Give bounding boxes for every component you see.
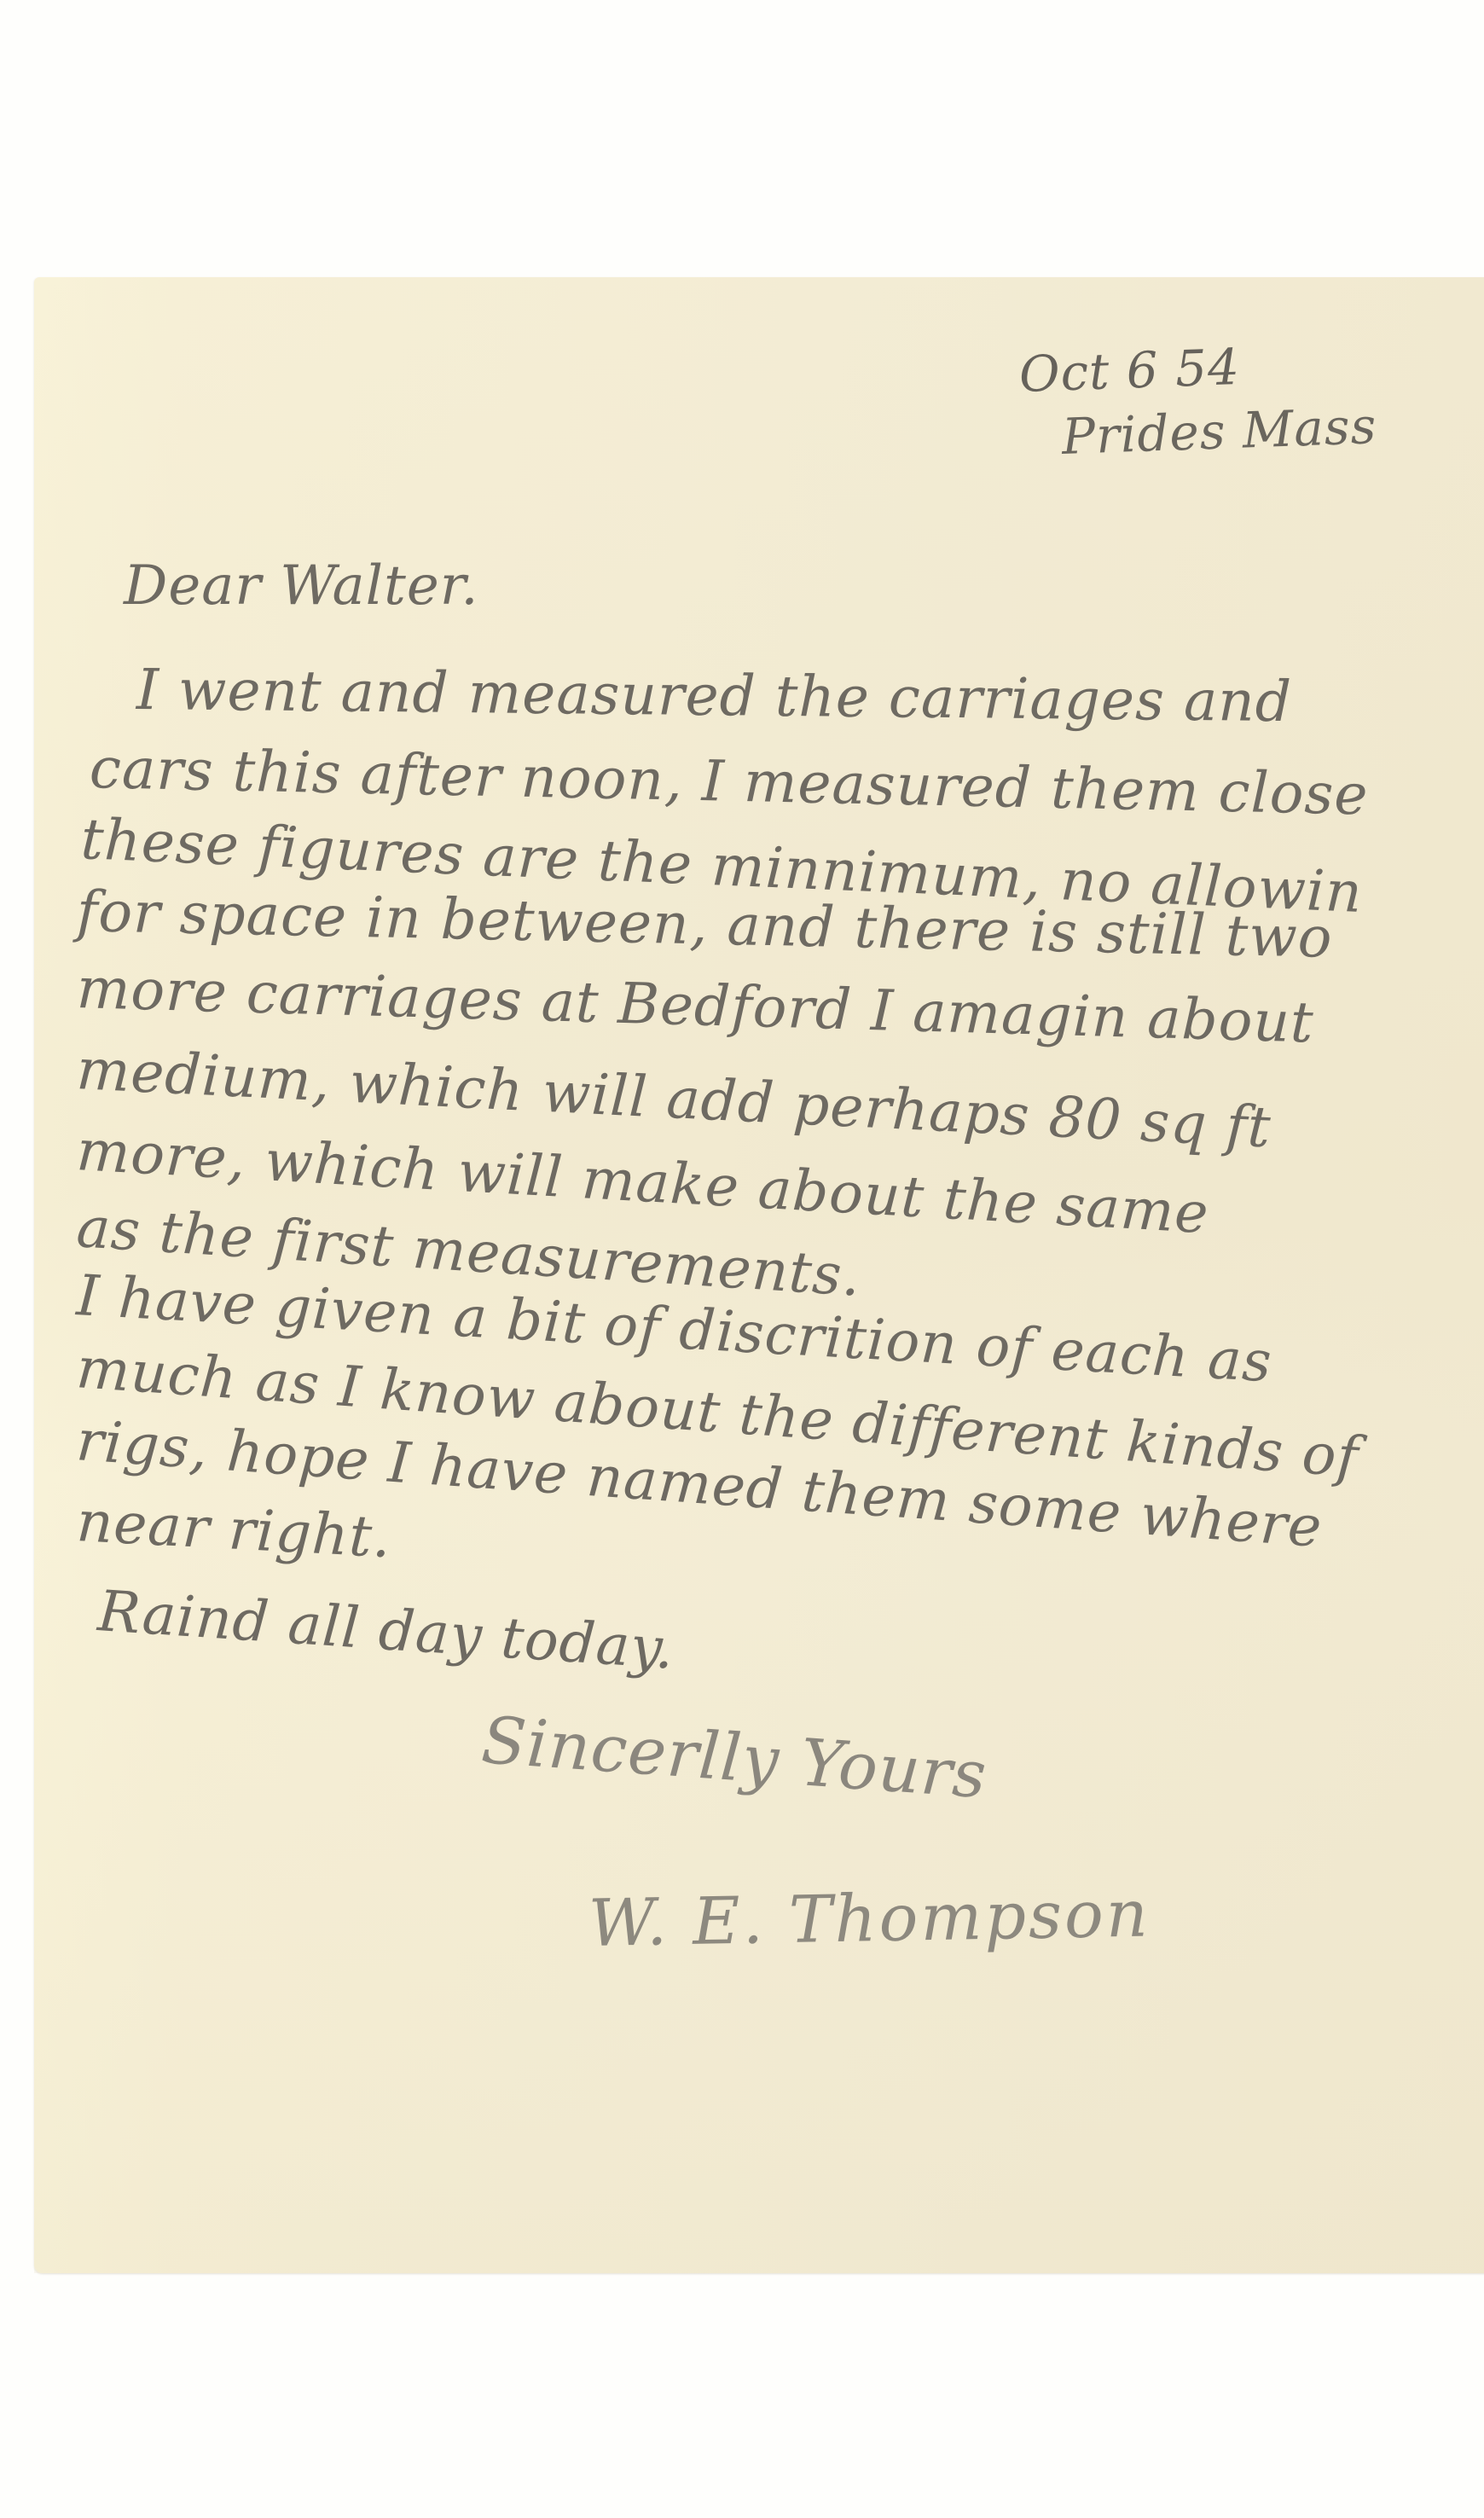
letter-place: Prides Mass	[1061, 397, 1378, 466]
signature: W. E. Thompson	[588, 1876, 1151, 1961]
letter-date: Oct 6 54	[1018, 338, 1241, 403]
scanned-page: Oct 6 54 Prides Mass Dear Walter. I went…	[0, 0, 1484, 2518]
salutation: Dear Walter.	[124, 554, 479, 618]
body-line: I went and measured the carriages and	[136, 657, 1293, 734]
